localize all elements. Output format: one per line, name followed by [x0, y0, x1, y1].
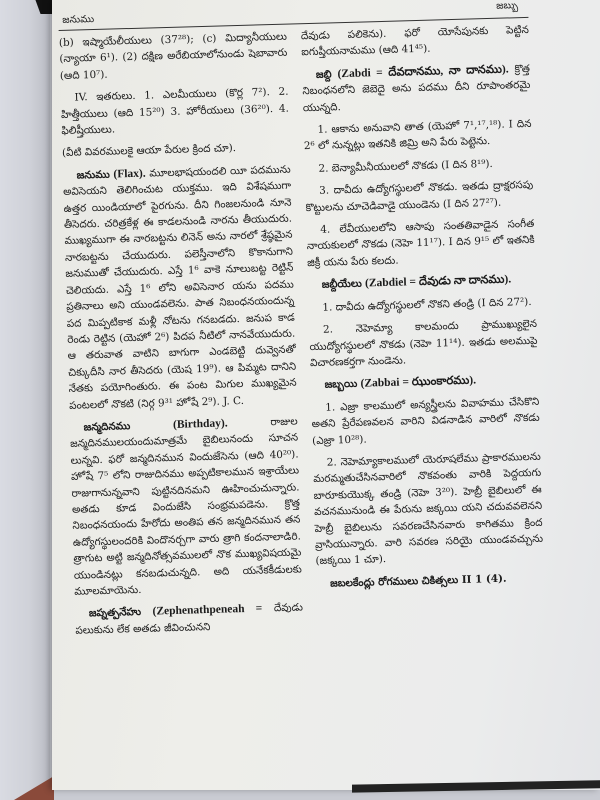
headword: జన్మదినము: [84, 420, 131, 433]
entry-body: మూలభాషయందలి యీ పదమును అవిసెయని తెలిగించు…: [63, 163, 297, 411]
sub-entry: 1. ఆకాను అనువాని తాత (యెహో 7¹,¹⁷,¹⁸). I …: [303, 116, 532, 155]
english-gloss: (Zephenathpeneah =: [152, 603, 262, 618]
entry-continuation: IV. ఇతరులు. 1. ఎలమీయులు (కొర్ల 7²). 2. హ…: [60, 84, 289, 140]
headword: జబ్దీయేలు: [322, 278, 362, 291]
english-gloss: (Flax).: [113, 167, 146, 180]
entry-continuation: (b) ఇష్మాయేలీయులు (37²⁸); (c) మిద్యానీయు…: [59, 29, 288, 85]
left-running-head: జనుము: [62, 13, 94, 28]
entry-zabbai: జబ్బయి (Zabbai = ఝుంకారము).: [310, 371, 538, 394]
english-gloss: (Zabdi = దేవదానము, నా దానము).: [337, 63, 508, 80]
right-column: దేవుడు పలికెను). ఫరో యోసేపునకు పెట్టిన ఐ…: [301, 22, 546, 638]
entry-zephenathpeneah: జప్నత్పనేహు (Zephenathpeneah = దేవుడు పల…: [75, 600, 304, 639]
sub-entry: 2. నెహెమ్యా కాలమందు ప్రాముఖ్యులైన యుద్యో…: [309, 316, 538, 372]
entry-birthday: జన్మదినము (Birthday). రాజుల జన్మదినములయం…: [70, 413, 303, 600]
page-bottom-edge: [352, 779, 600, 792]
english-gloss: (Zabdiel = దేవుడు నా దానము).: [365, 274, 511, 290]
entry-flax: జనుము (Flax). మూలభాషయందలి యీ పదమును అవిస…: [62, 161, 297, 413]
sub-entry: 2. నెహెమ్యాకాలములో యెరూషలేము ప్రాకారములన…: [313, 449, 544, 570]
english-gloss: (Zabbai = ఝుంకారము).: [360, 375, 476, 390]
sub-entry: 4. లేవీయులలోని ఆసాపు సంతతివాడైన సంగీత నా…: [306, 216, 535, 272]
entry-zabdiel: జబ్దీయేలు (Zabdiel = దేవుడు నా దానము).: [308, 271, 536, 294]
sub-entry: 3. దావీదు ఉద్యోగస్థులలో నొకడు. ఇతడు ద్రా…: [305, 177, 534, 216]
headword: జబ్బయి: [324, 378, 357, 391]
sub-entry: 2. బెన్యామీనీయులలో నొకడు (I దిన 8¹⁹).: [304, 155, 532, 178]
entry-continuation: (వీటి వివరములకై ఆయా పేరుల క్రింద చూ).: [62, 139, 290, 162]
headword: జప్నత్పనేహు: [89, 606, 141, 619]
english-gloss: (Birthday).: [173, 417, 228, 431]
entry-body: రాజుల జన్మదినములయందుమాత్రమే బైబిలునందు స…: [70, 415, 302, 597]
page-text-area: జనుము — జబ్బు (b) ఇష్మాయేలీయులు (37²⁸); …: [58, 0, 550, 788]
cross-reference: జబలకేంద్లు రోగములు చికిత్సలు II 1 (4).: [316, 569, 544, 592]
headword: జనుము: [77, 168, 110, 181]
two-column-body: (b) ఇష్మాయేలీయులు (37²⁸); (c) మిద్యానీయు…: [59, 22, 546, 645]
headword: జబ్ది: [316, 68, 332, 80]
sub-entry: 1. దావీదు ఉద్యోగస్థులలో నొకని తండ్రి (I …: [308, 293, 536, 316]
right-running-head: జబ్బు: [496, 0, 518, 14]
left-column: (b) ఇష్మాయేలీయులు (37²⁸); (c) మిద్యానీయు…: [59, 29, 304, 645]
book-gutter-shadow: [0, 0, 50, 800]
entry-zabdi: జబ్ది (Zabdi = దేవదానము, నా దానము). క్రొ…: [302, 61, 531, 117]
sub-entry: 1. ఎజ్రా కాలములో అన్యస్త్రీలను వివాహము చ…: [311, 393, 540, 449]
entry-continuation: దేవుడు పలికెను). ఫరో యోసేపునకు పెట్టిన ఐ…: [301, 22, 530, 61]
page-number: —: [263, 0, 272, 4]
